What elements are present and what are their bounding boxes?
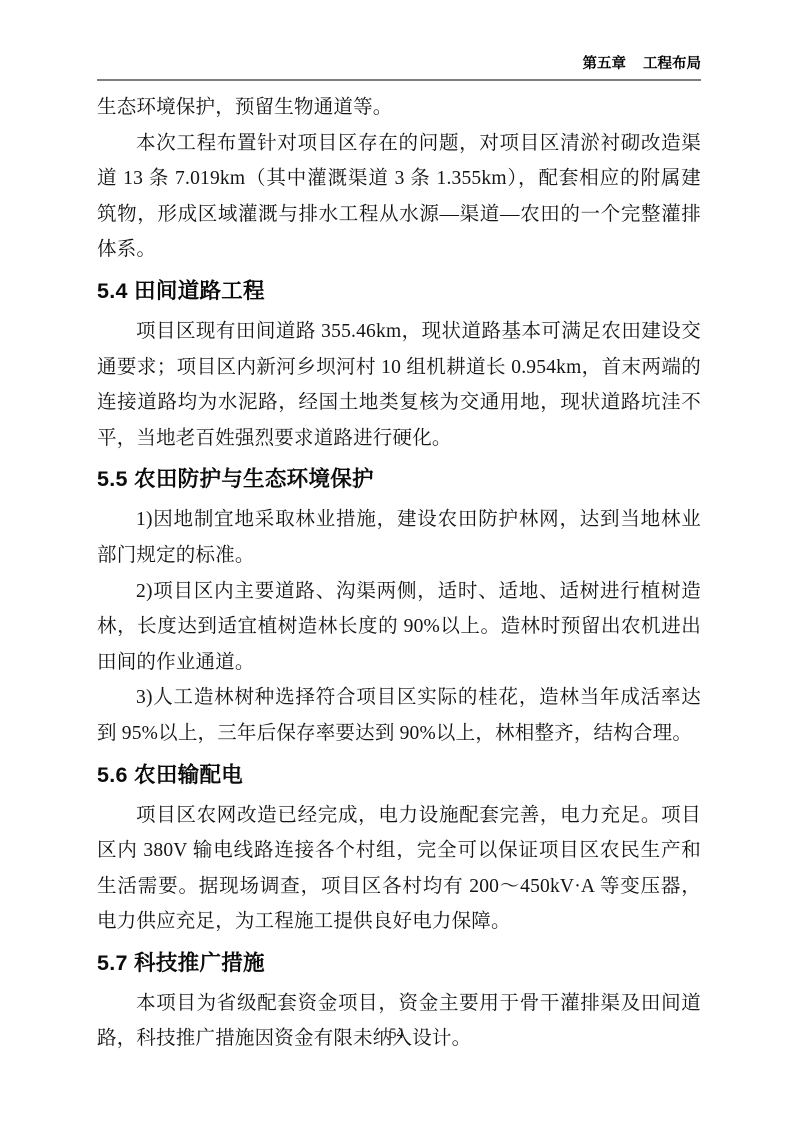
paragraph-intro-continuation: 生态环境保护，预留生物通道等。 bbox=[97, 90, 701, 126]
paragraph-power-distribution: 项目区农网改造已经完成，电力设施配套完善，电力充足。项目区内 380V 输电线路… bbox=[97, 798, 701, 940]
page-footer: 54 bbox=[0, 1026, 793, 1043]
paragraph-protection-item-3: 3)人工造林树种选择符合项目区实际的桂花，造林当年成活率达到 95%以上，三年后… bbox=[97, 680, 701, 751]
document-page: 第五章 工程布局 生态环境保护，预留生物通道等。 本次工程布置针对项目区存在的问… bbox=[0, 0, 793, 1122]
document-body: 生态环境保护，预留生物通道等。 本次工程布置针对项目区存在的问题，对项目区清淤衬… bbox=[97, 90, 701, 1057]
paragraph-protection-item-1: 1)因地制宜地采取林业措施，建设农田防护林网，达到当地林业部门规定的标准。 bbox=[97, 502, 701, 573]
section-heading-5-5-farmland-protection: 5.5 农田防护与生态环境保护 bbox=[97, 464, 701, 494]
paragraph-technology-promotion: 本项目为省级配套资金项目，资金主要用于骨干灌排渠及田间道路，科技推广措施因资金有… bbox=[97, 986, 701, 1057]
header-section-label: 工程布局 bbox=[643, 52, 701, 73]
page-header: 第五章 工程布局 bbox=[97, 52, 701, 81]
paragraph-protection-item-2: 2)项目区内主要道路、沟渠两侧，适时、适地、适树进行植树造林，长度达到适宜植树造… bbox=[97, 574, 701, 681]
page-number: 54 bbox=[389, 1026, 404, 1042]
paragraph-field-roads: 项目区现有田间道路 355.46km，现状道路基本可满足农田建设交通要求；项目区… bbox=[97, 314, 701, 456]
section-heading-5-6-power-distribution: 5.6 农田输配电 bbox=[97, 760, 701, 790]
section-heading-5-4-field-roads: 5.4 田间道路工程 bbox=[97, 276, 701, 306]
page-content: 第五章 工程布局 生态环境保护，预留生物通道等。 本次工程布置针对项目区存在的问… bbox=[97, 52, 701, 1057]
paragraph-project-layout: 本次工程布置针对项目区存在的问题，对项目区清淤衬砌改造渠道 13 条 7.019… bbox=[97, 126, 701, 268]
header-chapter-label: 第五章 bbox=[583, 52, 627, 73]
section-heading-5-7-technology-promotion: 5.7 科技推广措施 bbox=[97, 948, 701, 978]
